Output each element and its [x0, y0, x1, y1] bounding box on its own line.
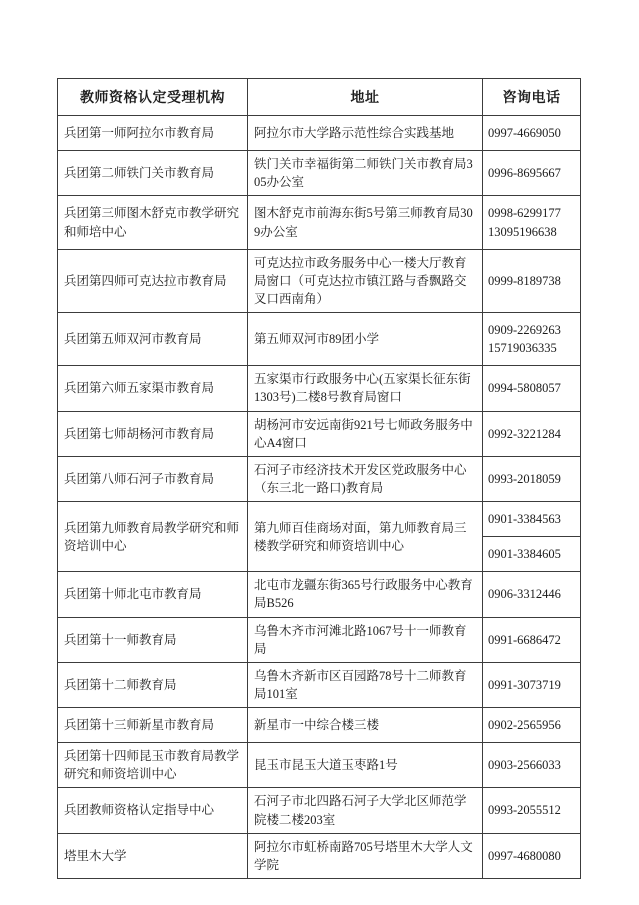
phone-number: 0998-6299177	[488, 204, 577, 222]
phone-cell: 0994-5808057	[483, 366, 581, 411]
phone-cell: 0906-3312446	[483, 572, 581, 617]
address-cell: 五家渠市行政服务中心(五家渠长征东街1303号)二楼8号教育局窗口	[248, 366, 483, 411]
table-row: 塔里木大学阿拉尔市虹桥南路705号塔里木大学人文学院0997-4680080	[58, 833, 581, 878]
table-row: 兵团第十一师教育局乌鲁木齐市河滩北路1067号十一师教育局0991-668647…	[58, 617, 581, 662]
header-address: 地址	[248, 79, 483, 116]
org-cell: 兵团第一师阿拉尔市教育局	[58, 116, 248, 151]
address-cell: 第九师百佳商场对面，第九师教育局三楼教学研究和师资培训中心	[248, 502, 483, 572]
phone-number: 15719036335	[488, 339, 577, 357]
org-cell: 兵团第三师图木舒克市教学研究和师培中心	[58, 196, 248, 249]
org-cell: 兵团第十一师教育局	[58, 617, 248, 662]
address-cell: 昆玉市昆玉大道玉枣路1号	[248, 743, 483, 788]
org-cell: 兵团第四师可克达拉市教育局	[58, 249, 248, 312]
org-cell: 兵团第十二师教育局	[58, 662, 248, 707]
table-row: 兵团教师资格认定指导中心石河子市北四路石河子大学北区师范学院楼二楼203室099…	[58, 788, 581, 833]
phone-number: 0997-4680080	[488, 847, 577, 865]
table-row: 兵团第十师北屯市教育局北屯市龙疆东街365号行政服务中心教育局B5260906-…	[58, 572, 581, 617]
phone-cell: 0903-2566033	[483, 743, 581, 788]
org-cell: 兵团第八师石河子市教育局	[58, 456, 248, 501]
address-cell: 石河子市经济技术开发区党政服务中心（东三北一路口)教育局	[248, 456, 483, 501]
phone-number: 0906-3312446	[488, 585, 577, 603]
phone-number: 0901-3384563	[488, 510, 577, 528]
org-cell: 兵团第五师双河市教育局	[58, 313, 248, 366]
phone-cell: 0909-226926315719036335	[483, 313, 581, 366]
org-cell: 兵团第十三师新星市教育局	[58, 708, 248, 743]
table-row: 兵团第十二师教育局乌鲁木齐新市区百园路78号十二师教育局101室0991-307…	[58, 662, 581, 707]
phone-number: 0994-5808057	[488, 379, 577, 397]
phone-number: 0901-3384605	[488, 545, 577, 563]
contact-table: 教师资格认定受理机构 地址 咨询电话 兵团第一师阿拉尔市教育局阿拉尔市大学路示范…	[57, 78, 581, 879]
table-row: 兵团第八师石河子市教育局石河子市经济技术开发区党政服务中心（东三北一路口)教育局…	[58, 456, 581, 501]
org-cell: 兵团第六师五家渠市教育局	[58, 366, 248, 411]
header-phone: 咨询电话	[483, 79, 581, 116]
table-row: 兵团第十四师昆玉市教育局教学研究和师资培训中心昆玉市昆玉大道玉枣路1号0903-…	[58, 743, 581, 788]
table-row: 兵团第一师阿拉尔市教育局阿拉尔市大学路示范性综合实践基地0997-4669050	[58, 116, 581, 151]
table-body: 兵团第一师阿拉尔市教育局阿拉尔市大学路示范性综合实践基地0997-4669050…	[58, 116, 581, 879]
phone-cell: 0991-3073719	[483, 662, 581, 707]
phone-number: 0993-2018059	[488, 470, 577, 488]
address-cell: 阿拉尔市虹桥南路705号塔里木大学人文学院	[248, 833, 483, 878]
phone-cell: 0997-4669050	[483, 116, 581, 151]
org-cell: 兵团教师资格认定指导中心	[58, 788, 248, 833]
address-cell: 阿拉尔市大学路示范性综合实践基地	[248, 116, 483, 151]
table-row: 兵团第六师五家渠市教育局五家渠市行政服务中心(五家渠长征东街1303号)二楼8号…	[58, 366, 581, 411]
address-cell: 乌鲁木齐市河滩北路1067号十一师教育局	[248, 617, 483, 662]
address-cell: 乌鲁木齐新市区百园路78号十二师教育局101室	[248, 662, 483, 707]
phone-cell: 0901-3384605	[483, 537, 581, 572]
org-cell: 塔里木大学	[58, 833, 248, 878]
table-row: 兵团第九师教育局教学研究和师资培训中心第九师百佳商场对面，第九师教育局三楼教学研…	[58, 502, 581, 537]
table-row: 兵团第十三师新星市教育局新星市一中综合楼三楼0902-2565956	[58, 708, 581, 743]
org-cell: 兵团第十师北屯市教育局	[58, 572, 248, 617]
org-cell: 兵团第七师胡杨河市教育局	[58, 411, 248, 456]
phone-cell: 0996-8695667	[483, 151, 581, 196]
phone-cell: 0992-3221284	[483, 411, 581, 456]
phone-cell: 0902-2565956	[483, 708, 581, 743]
phone-cell: 0993-2055512	[483, 788, 581, 833]
phone-number: 13095196638	[488, 223, 577, 241]
table-row: 兵团第七师胡杨河市教育局胡杨河市安远南街921号七师政务服务中心A4窗口0992…	[58, 411, 581, 456]
table-header: 教师资格认定受理机构 地址 咨询电话	[58, 79, 581, 116]
address-cell: 胡杨河市安远南街921号七师政务服务中心A4窗口	[248, 411, 483, 456]
phone-number: 0993-2055512	[488, 801, 577, 819]
table-row: 兵团第五师双河市教育局第五师双河市89团小学0909-2269263157190…	[58, 313, 581, 366]
address-cell: 铁门关市幸福街第二师铁门关市教育局305办公室	[248, 151, 483, 196]
address-cell: 北屯市龙疆东街365号行政服务中心教育局B526	[248, 572, 483, 617]
table-row: 兵团第二师铁门关市教育局铁门关市幸福街第二师铁门关市教育局305办公室0996-…	[58, 151, 581, 196]
org-cell: 兵团第二师铁门关市教育局	[58, 151, 248, 196]
table-row: 兵团第四师可克达拉市教育局可克达拉市政务服务中心一楼大厅教育局窗口（可克达拉市镇…	[58, 249, 581, 312]
org-cell: 兵团第九师教育局教学研究和师资培训中心	[58, 502, 248, 572]
phone-cell: 0993-2018059	[483, 456, 581, 501]
document-page: 教师资格认定受理机构 地址 咨询电话 兵团第一师阿拉尔市教育局阿拉尔市大学路示范…	[0, 0, 639, 905]
org-cell: 兵团第十四师昆玉市教育局教学研究和师资培训中心	[58, 743, 248, 788]
phone-number: 0997-4669050	[488, 124, 577, 142]
table-row: 兵团第三师图木舒克市教学研究和师培中心图木舒克市前海东街5号第三师教育局309办…	[58, 196, 581, 249]
phone-number: 0909-2269263	[488, 321, 577, 339]
header-row: 教师资格认定受理机构 地址 咨询电话	[58, 79, 581, 116]
address-cell: 石河子市北四路石河子大学北区师范学院楼二楼203室	[248, 788, 483, 833]
phone-number: 0991-3073719	[488, 676, 577, 694]
address-cell: 第五师双河市89团小学	[248, 313, 483, 366]
address-cell: 图木舒克市前海东街5号第三师教育局309办公室	[248, 196, 483, 249]
address-cell: 可克达拉市政务服务中心一楼大厅教育局窗口（可克达拉市镇江路与香飘路交叉口西南角）	[248, 249, 483, 312]
phone-number: 0999-8189738	[488, 272, 577, 290]
header-institution: 教师资格认定受理机构	[58, 79, 248, 116]
phone-cell: 0997-4680080	[483, 833, 581, 878]
address-cell: 新星市一中综合楼三楼	[248, 708, 483, 743]
phone-cell: 0901-3384563	[483, 502, 581, 537]
phone-cell: 0999-8189738	[483, 249, 581, 312]
phone-number: 0902-2565956	[488, 716, 577, 734]
phone-number: 0903-2566033	[488, 756, 577, 774]
phone-number: 0996-8695667	[488, 164, 577, 182]
phone-cell: 0991-6686472	[483, 617, 581, 662]
phone-number: 0991-6686472	[488, 631, 577, 649]
phone-number: 0992-3221284	[488, 425, 577, 443]
phone-cell: 0998-629917713095196638	[483, 196, 581, 249]
